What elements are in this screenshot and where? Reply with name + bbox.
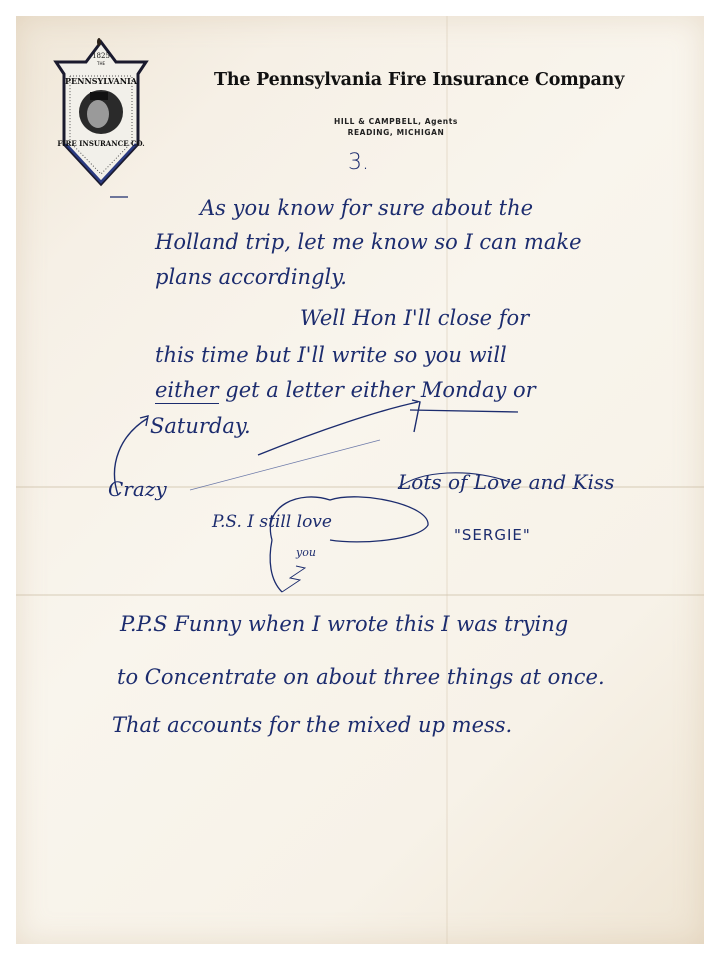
ink-annotation-marks xyxy=(0,0,720,960)
ink-spot xyxy=(97,38,101,46)
loop-mark-icon xyxy=(270,497,428,542)
arrow-head-icon xyxy=(412,400,420,432)
arrow-line-icon xyxy=(115,418,148,495)
arrow-line-icon xyxy=(258,402,418,455)
underline-mark xyxy=(410,410,518,412)
